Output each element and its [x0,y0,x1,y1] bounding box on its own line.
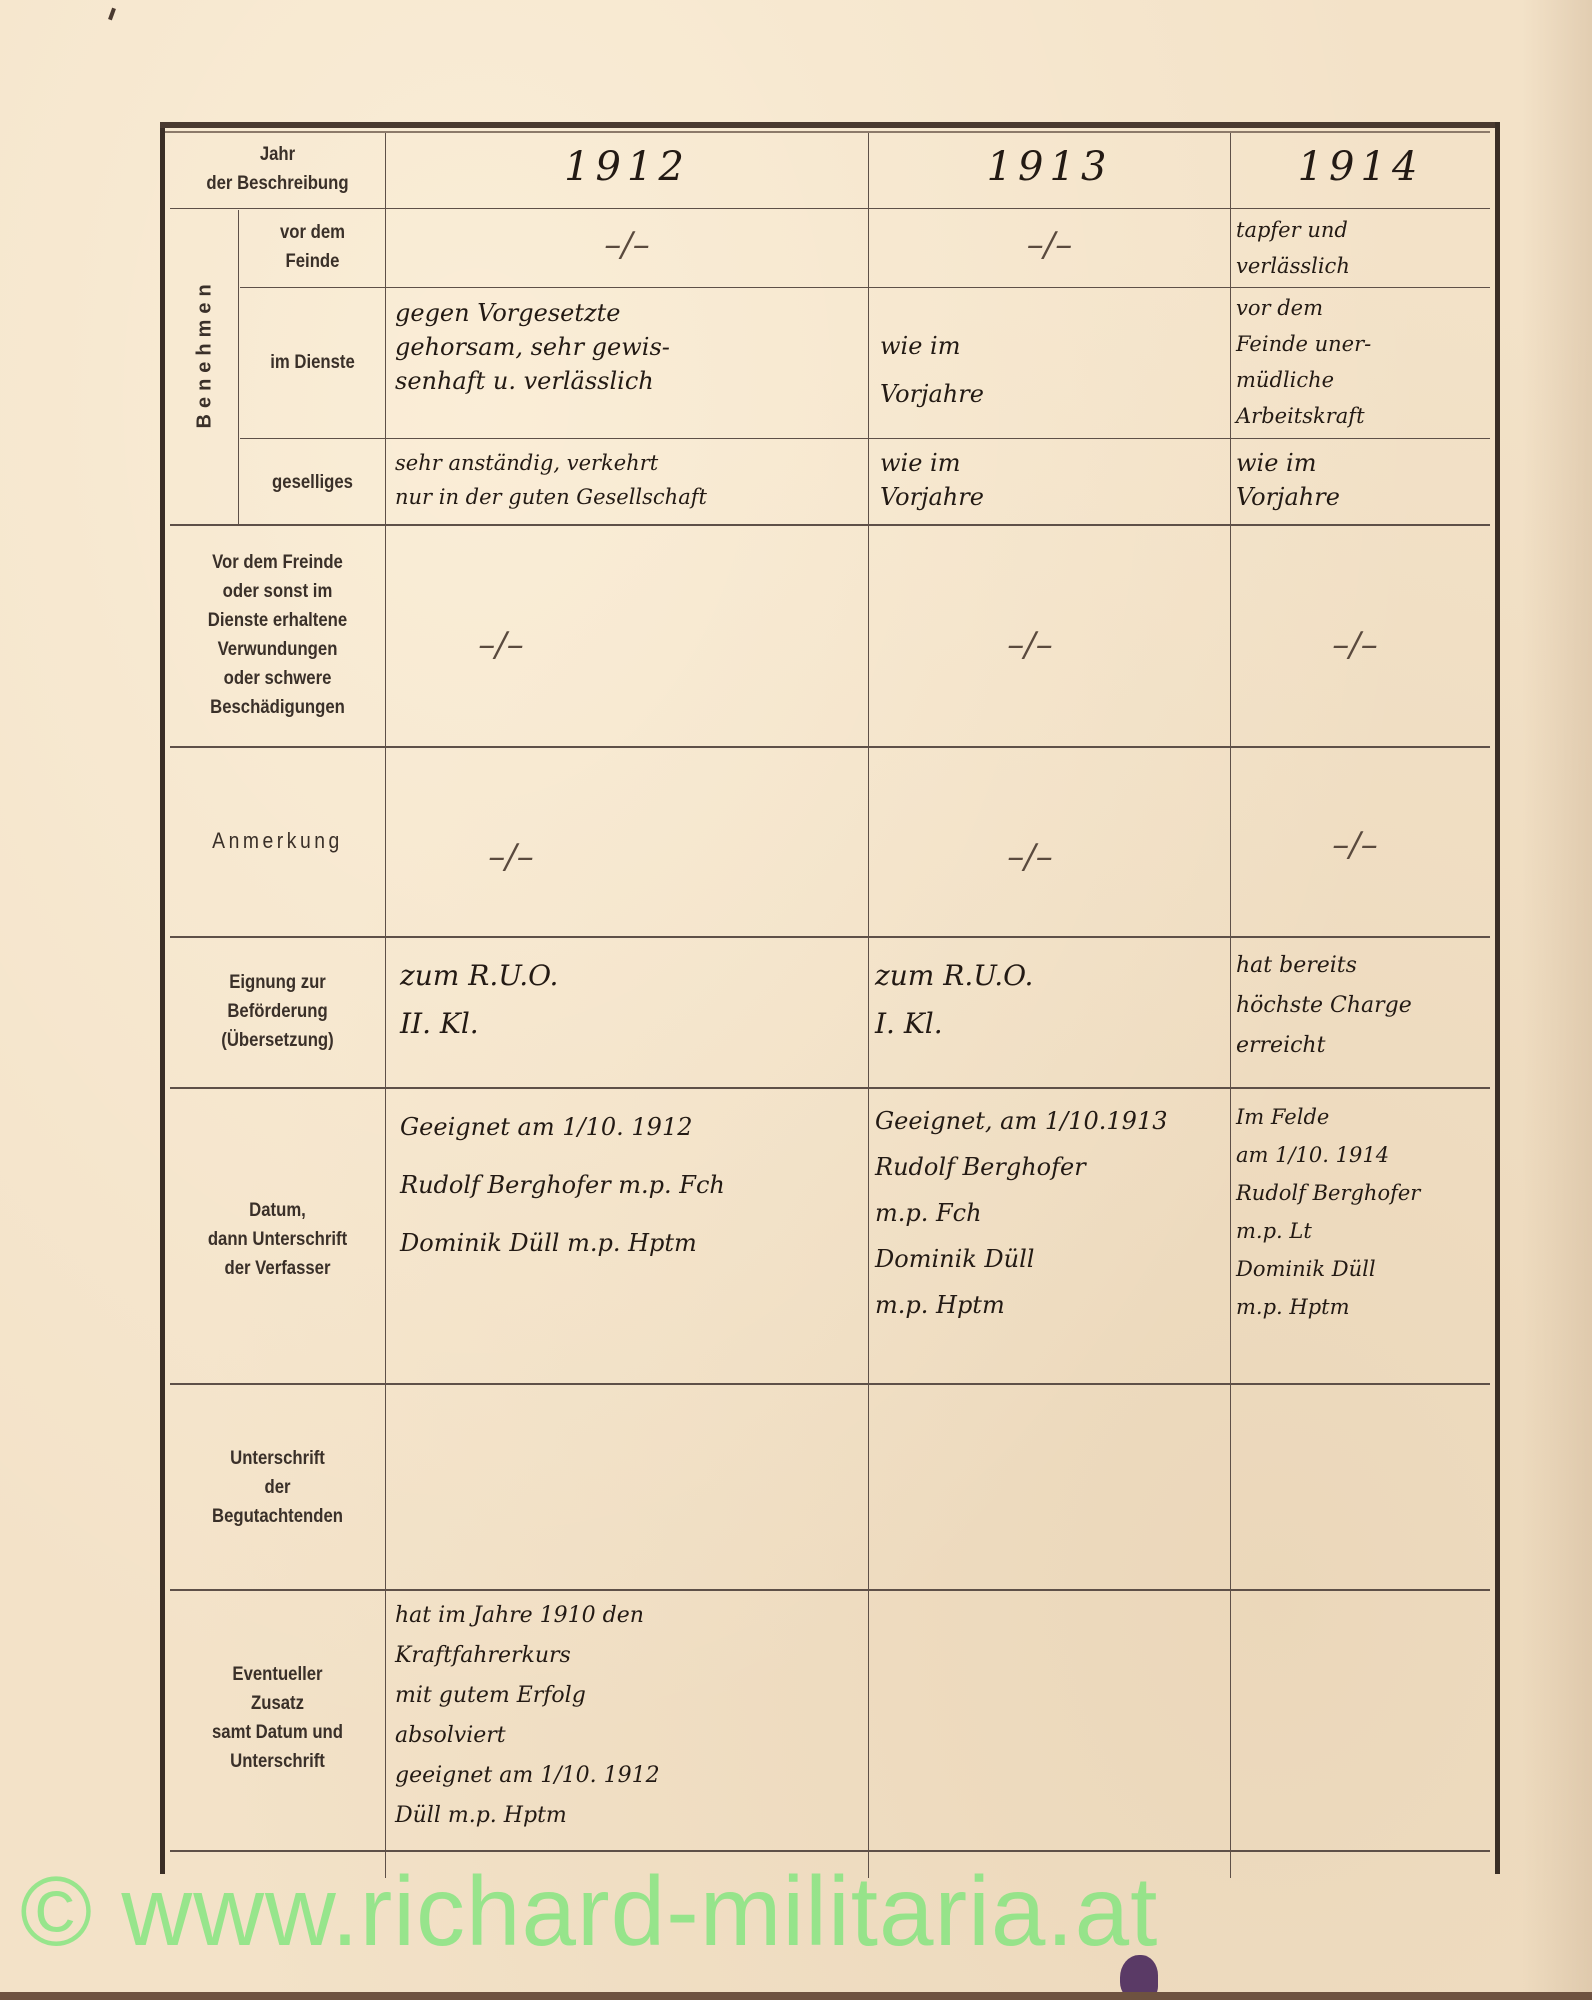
promotion-1913: zum R.U.O. I. Kl. [875,952,1225,1048]
row-divider [170,746,1490,748]
watermark: © www.richard-militaria.at [20,1855,1158,1968]
row-divider [170,524,1490,526]
conduct-service-1914: vor dem Feinde uner- müdliche Arbeitskra… [1236,290,1488,434]
label-conduct-group: Benehmen [194,299,217,429]
label-date-signature: Datum, dann Unterschrift der Verfasser [183,1196,372,1283]
date-signature-1913: Geeignet, am 1/10.1913 Rudolf Berghofer … [875,1098,1230,1328]
form-top-rule-thin [165,131,1490,133]
label-conduct-social: geselliges [249,468,377,497]
row-divider [170,1383,1490,1385]
wounds-1913: –/– [930,628,1130,662]
row-divider [170,1850,1490,1852]
label-remark: Anmerkung [183,826,372,855]
remark-1913: –/– [930,840,1130,874]
conduct-enemy-1913: –/– [869,228,1230,262]
column-divider [868,133,869,1878]
page-bottom-edge [0,1992,1592,2000]
label-year: Jahr der Beschreibung [183,140,372,198]
label-conduct-enemy: vor dem Feinde [249,218,377,276]
ink-mark [108,8,116,21]
remark-1912: –/– [386,840,636,874]
row-divider [170,1589,1490,1591]
promotion-1912: zum R.U.O. II. Kl. [400,952,860,1048]
page-edge-shadow [1522,0,1592,2000]
year-1912: 1912 [386,150,868,184]
row-divider [170,1087,1490,1089]
addendum-1912: hat im Jahre 1910 den Kraftfahrerkurs mi… [395,1596,865,1836]
year-1914: 1914 [1231,150,1490,184]
conduct-enemy-1914: tapfer und verlässlich [1236,212,1488,284]
subheader-divider [238,210,239,525]
promotion-1914: hat bereits höchste Charge erreicht [1236,946,1488,1066]
label-promotion: Eignung zur Beförderung (Übersetzung) [183,968,372,1055]
wounds-1912: –/– [386,628,616,662]
form-top-rule [160,122,1495,128]
date-signature-1912: Geeignet am 1/10. 1912 Rudolf Berghofer … [400,1098,865,1272]
label-reviewer-signature: Unterschrift der Begutachtenden [183,1444,372,1531]
row-divider [240,287,1490,288]
year-1913: 1913 [869,150,1230,184]
conduct-enemy-1912: –/– [386,228,868,262]
column-divider [385,133,386,1878]
row-divider [240,438,1490,439]
conduct-social-1912: sehr anständig, verkehrt nur in der gute… [395,446,865,514]
label-wounds: Vor dem Freinde oder sonst im Dienste er… [183,548,372,722]
conduct-service-1912: gegen Vorgesetzte gehorsam, sehr gewis- … [395,296,865,398]
date-signature-1914: Im Felde am 1/10. 1914 Rudolf Berghofer … [1236,1098,1488,1326]
conduct-service-1913: wie im Vorjahre [880,322,1225,418]
label-addendum: Eventueller Zusatz samt Datum und Unters… [183,1660,372,1776]
column-divider [1230,133,1231,1878]
row-divider [170,936,1490,938]
conduct-social-1914: wie im Vorjahre [1236,446,1488,514]
label-conduct-service: im Dienste [249,348,377,377]
wounds-1914: –/– [1280,628,1430,662]
remark-1914: –/– [1280,828,1430,862]
row-divider [170,208,1490,209]
conduct-social-1913: wie im Vorjahre [880,446,1225,514]
